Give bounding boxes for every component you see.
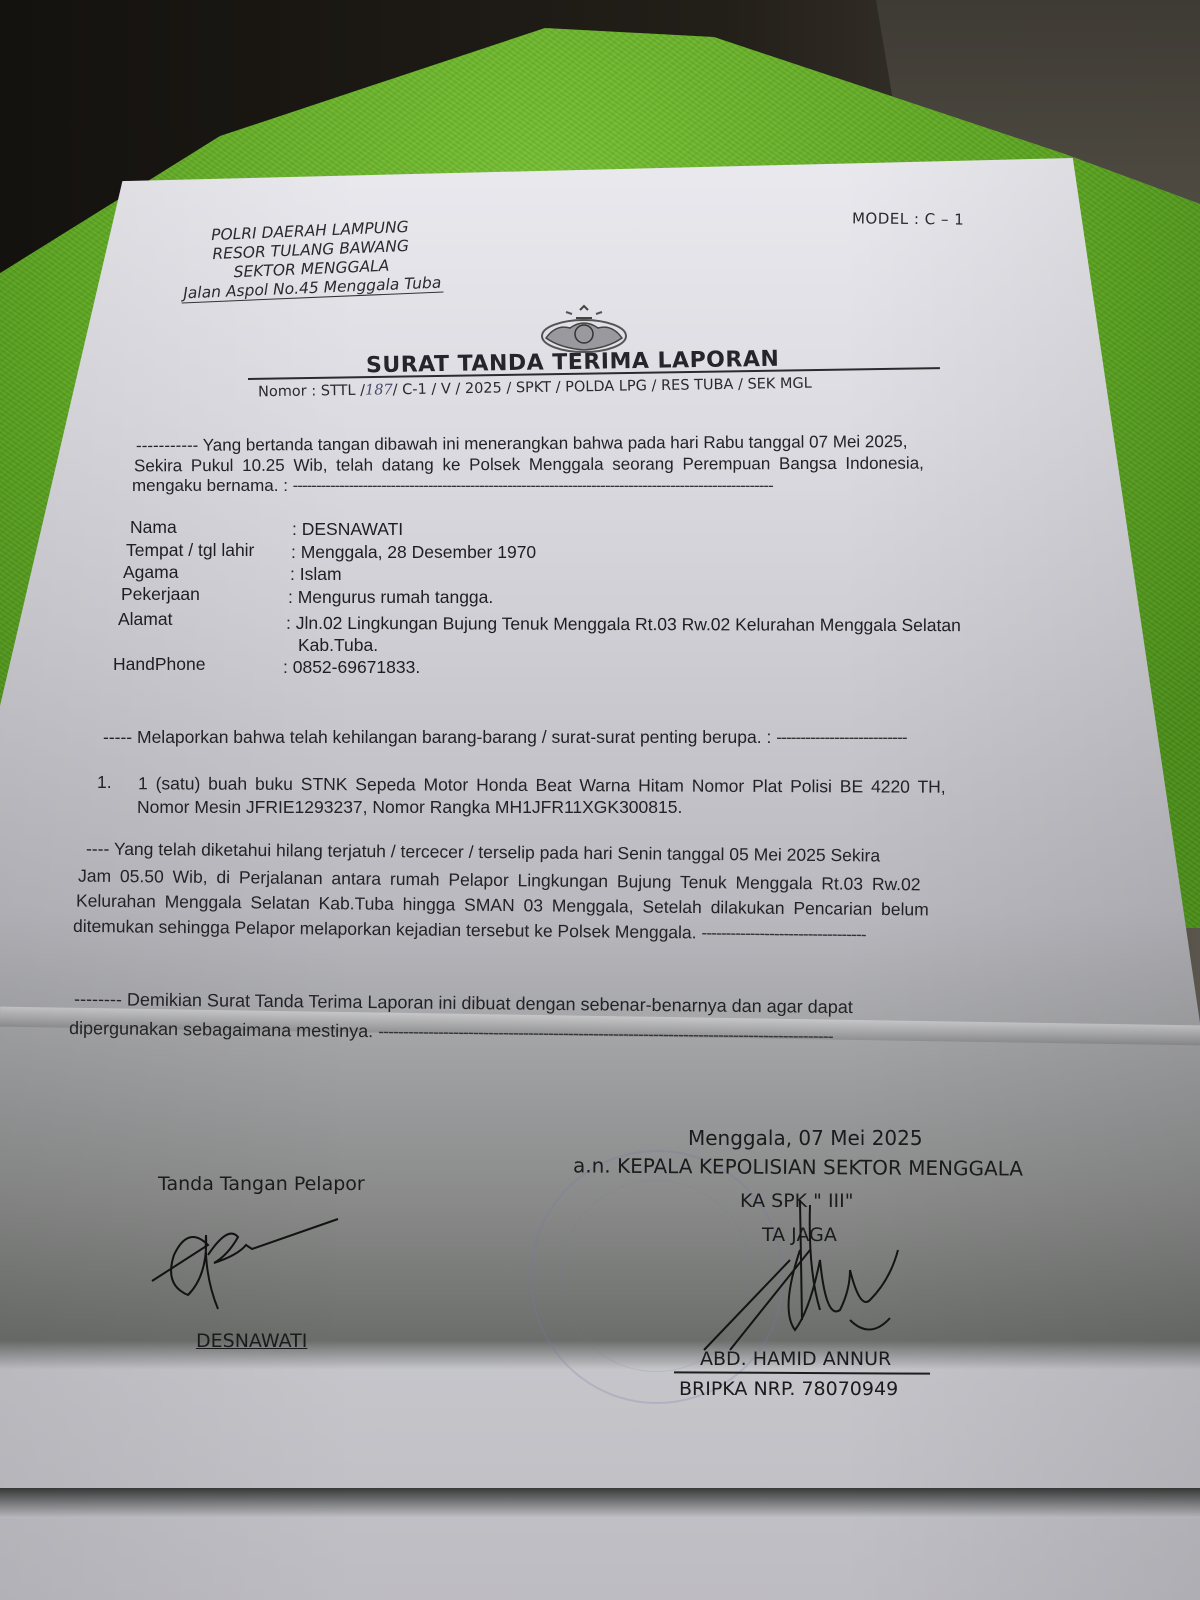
handwritten-number: 187 bbox=[365, 382, 393, 398]
officer-rank-nrp: BRIPKA NRP. 78070949 bbox=[679, 1378, 898, 1400]
dash-leader: ---------------------------------- bbox=[701, 922, 865, 944]
report-intro: ----- Melaporkan bahwa telah kehilangan … bbox=[103, 727, 907, 748]
field-value-nama: : DESNAWATI bbox=[292, 519, 403, 540]
field-value-alamat-cont: Kab.Tuba. bbox=[298, 635, 378, 656]
field-value-agama: : Islam bbox=[290, 564, 342, 585]
intro-line-3: mengaku bernama. : ---------------------… bbox=[132, 476, 773, 496]
field-label-pekerjaan: Pekerjaan bbox=[121, 584, 200, 605]
dash-leader: --------------------------- bbox=[776, 727, 906, 747]
field-label-handphone: HandPhone bbox=[113, 654, 205, 675]
reporter-name: DESNAWATI bbox=[196, 1330, 307, 1352]
intro-line-3-text: mengaku bernama. : bbox=[132, 476, 288, 495]
police-emblem-icon bbox=[536, 304, 632, 356]
field-label-agama: Agama bbox=[123, 562, 178, 583]
reporter-signature-label: Tanda Tangan Pelapor bbox=[158, 1173, 365, 1195]
field-value-alamat: : Jln.02 Lingkungan Bujung Tenuk Menggal… bbox=[286, 613, 961, 636]
reporter-signature bbox=[148, 1215, 348, 1315]
dash-leader: ----------------------------------------… bbox=[293, 476, 773, 495]
item-number: 1. bbox=[97, 772, 112, 793]
signature-on-behalf: a.n. KEPALA KEPOLISIAN SEKTOR MENGGALA bbox=[573, 1153, 1023, 1180]
model-code: MODEL : C – 1 bbox=[852, 209, 964, 228]
field-label-alamat: Alamat bbox=[118, 609, 172, 630]
field-label-ttl: Tempat / tgl lahir bbox=[126, 540, 254, 561]
field-value-ttl: : Menggala, 28 Desember 1970 bbox=[291, 542, 536, 563]
officer-signature bbox=[700, 1190, 920, 1360]
intro-line-2: Sekira Pukul 10.25 Wib, telah datang ke … bbox=[134, 454, 924, 477]
field-value-handphone: : 0852-69671833. bbox=[283, 657, 420, 678]
report-intro-text: ----- Melaporkan bahwa telah kehilangan … bbox=[103, 727, 771, 747]
intro-line-1: ----------- Yang bertanda tangan dibawah… bbox=[136, 432, 908, 456]
dash-leader: ----------------------------------------… bbox=[378, 1021, 833, 1046]
paper-fold-shadow bbox=[0, 1488, 1200, 1518]
item-line-1: 1 (satu) buah buku STNK Sepeda Motor Hon… bbox=[138, 773, 946, 798]
field-label-nama: Nama bbox=[130, 517, 177, 538]
field-value-pekerjaan: : Mengurus rumah tangga. bbox=[288, 587, 493, 608]
officer-name: ABD. HAMID ANNUR bbox=[700, 1348, 891, 1370]
letterhead: POLRI DAERAH LAMPUNG RESOR TULANG BAWANG… bbox=[179, 217, 444, 304]
signature-place-date: Menggala, 07 Mei 2025 bbox=[688, 1126, 923, 1150]
item-line-2: Nomor Mesin JFRIE1293237, Nomor Rangka M… bbox=[137, 797, 682, 818]
number-prefix: Nomor : STTL / bbox=[258, 383, 365, 401]
closing-line-2-text: dipergunakan sebagaimana mestinya. bbox=[69, 1018, 373, 1041]
